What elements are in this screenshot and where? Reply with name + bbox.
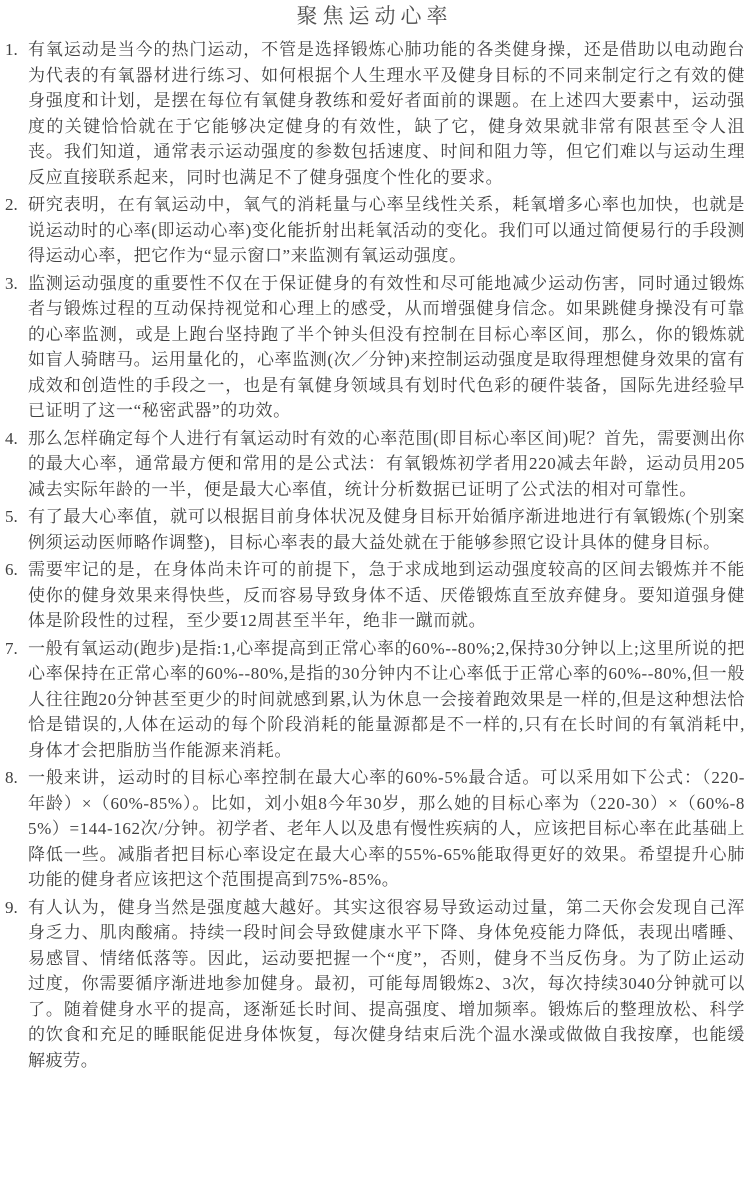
paragraph: 2.研究表明，在有氧运动中，氧气的消耗量与心率呈线性关系，耗氧增多心率也加快，也…: [4, 192, 745, 269]
paragraph-text: 一般来讲，运动时的目标心率控制在最大心率的60%-5%最合适。可以采用如下公式：…: [28, 768, 745, 889]
paragraph-text: 一般有氧运动(跑步)是指:1,心率提高到正常心率的60%--80%;2,保持30…: [28, 639, 745, 760]
paragraph-text: 研究表明，在有氧运动中，氧气的消耗量与心率呈线性关系，耗氧增多心率也加快，也就是…: [28, 195, 745, 265]
paragraph-number: 1.: [5, 37, 18, 63]
paragraph: 4.那么怎样确定每个人进行有氧运动时有效的心率范围(即目标心率区间)呢？首先，需…: [4, 426, 745, 503]
paragraph: 3.监测运动强度的重要性不仅在于保证健身的有效性和尽可能地减少运动伤害，同时通过…: [4, 271, 745, 424]
paragraph: 9.有人认为，健身当然是强度越大越好。其实这很容易导致运动过量，第二天你会发现自…: [4, 895, 745, 1074]
paragraph-text: 需要牢记的是，在身体尚未许可的前提下，急于求成地到运动强度较高的区间去锻炼并不能…: [28, 560, 745, 630]
paragraph: 6.需要牢记的是，在身体尚未许可的前提下，急于求成地到运动强度较高的区间去锻炼并…: [4, 557, 745, 634]
paragraph-number: 9.: [5, 895, 18, 921]
paragraph-number: 7.: [5, 636, 18, 662]
paragraph-number: 6.: [5, 557, 18, 583]
document-page: 聚焦运动心率 1.有氧运动是当今的热门运动，不管是选择锻炼心肺功能的各类健身操，…: [0, 0, 750, 1073]
paragraph-number: 4.: [5, 426, 18, 452]
paragraph-number: 2.: [5, 192, 18, 218]
paragraph: 7.一般有氧运动(跑步)是指:1,心率提高到正常心率的60%--80%;2,保持…: [4, 636, 745, 764]
paragraph-number: 8.: [5, 765, 18, 791]
paragraph-text: 有人认为，健身当然是强度越大越好。其实这很容易导致运动过量，第二天你会发现自己浑…: [28, 898, 745, 1070]
paragraph-text: 有氧运动是当今的热门运动，不管是选择锻炼心肺功能的各类健身操，还是借助以电动跑台…: [28, 40, 745, 187]
paragraph-text: 监测运动强度的重要性不仅在于保证健身的有效性和尽可能地减少运动伤害，同时通过锻炼…: [28, 274, 745, 421]
paragraph: 1.有氧运动是当今的热门运动，不管是选择锻炼心肺功能的各类健身操，还是借助以电动…: [4, 37, 745, 190]
paragraph: 8.一般来讲，运动时的目标心率控制在最大心率的60%-5%最合适。可以采用如下公…: [4, 765, 745, 893]
paragraph-number: 5.: [5, 504, 18, 530]
page-title: 聚焦运动心率: [4, 2, 745, 30]
paragraph-text: 那么怎样确定每个人进行有氧运动时有效的心率范围(即目标心率区间)呢？首先，需要测…: [28, 429, 745, 499]
paragraph: 5.有了最大心率值，就可以根据目前身体状况及健身目标开始循序渐进地进行有氧锻炼(…: [4, 504, 745, 555]
paragraph-text: 有了最大心率值，就可以根据目前身体状况及健身目标开始循序渐进地进行有氧锻炼(个别…: [28, 507, 745, 552]
paragraph-number: 3.: [5, 271, 18, 297]
